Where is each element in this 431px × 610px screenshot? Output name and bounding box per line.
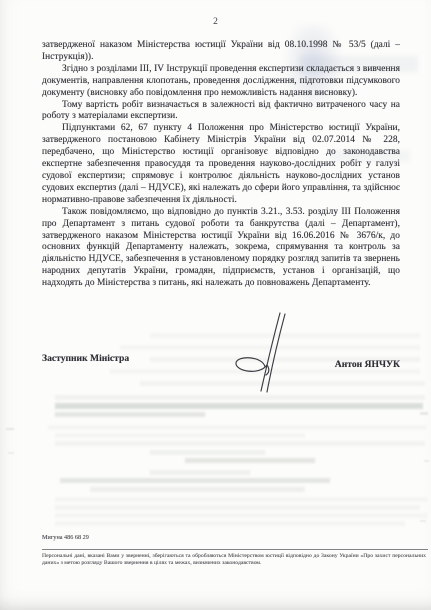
scanned-letter-page: 2 затвердженої наказом Міністерства юсти… (0, 0, 431, 610)
bleed-through-line (55, 403, 423, 409)
bleed-through-line (55, 513, 427, 518)
bleed-through-line (60, 478, 330, 483)
footer-disclaimer: Персональні дані, вказані Вами у звернен… (42, 553, 426, 567)
bleed-through-line (55, 433, 305, 438)
scan-speck (420, 520, 426, 522)
signatory-title: Заступник Міністра (42, 353, 129, 364)
scan-speck (8, 452, 14, 454)
scan-speck (420, 412, 428, 415)
handwritten-signature (225, 303, 305, 398)
bleed-through-line (55, 412, 205, 417)
footer-divider (42, 549, 428, 550)
bleed-through-line (55, 497, 427, 502)
page-number: 2 (0, 17, 431, 27)
signatory-name: Антон ЯНЧУК (335, 359, 400, 370)
paragraph: Згідно з розділами ІІІ, ІV Інструкції пр… (42, 64, 400, 100)
bleed-through-line (90, 487, 305, 492)
bleed-through-line (55, 505, 420, 510)
bleed-through-line (48, 425, 426, 430)
scan-speck (6, 428, 14, 430)
paragraph: Тому вартість робіт визначається в залеж… (42, 100, 400, 124)
bleed-through-line (55, 441, 425, 446)
paragraph: Підпунктами 62, 67 пункту 4 Положення пр… (42, 123, 400, 206)
scan-speck (424, 460, 429, 462)
bleed-through-line (150, 470, 250, 475)
letter-body: затвердженої наказом Міністерства юстиці… (42, 40, 400, 290)
bleed-through-line (55, 521, 405, 526)
bleed-through-line (185, 458, 315, 463)
paragraph: Також повідомляємо, що відповідно до пун… (42, 207, 400, 290)
bleed-through-line (150, 450, 265, 455)
signature-block: Заступник Міністра Антон ЯНЧУК (42, 353, 400, 370)
paragraph: затвердженої наказом Міністерства юстиці… (42, 40, 400, 64)
footer-contact-phone: Мигуна 486 68 29 (42, 534, 89, 541)
